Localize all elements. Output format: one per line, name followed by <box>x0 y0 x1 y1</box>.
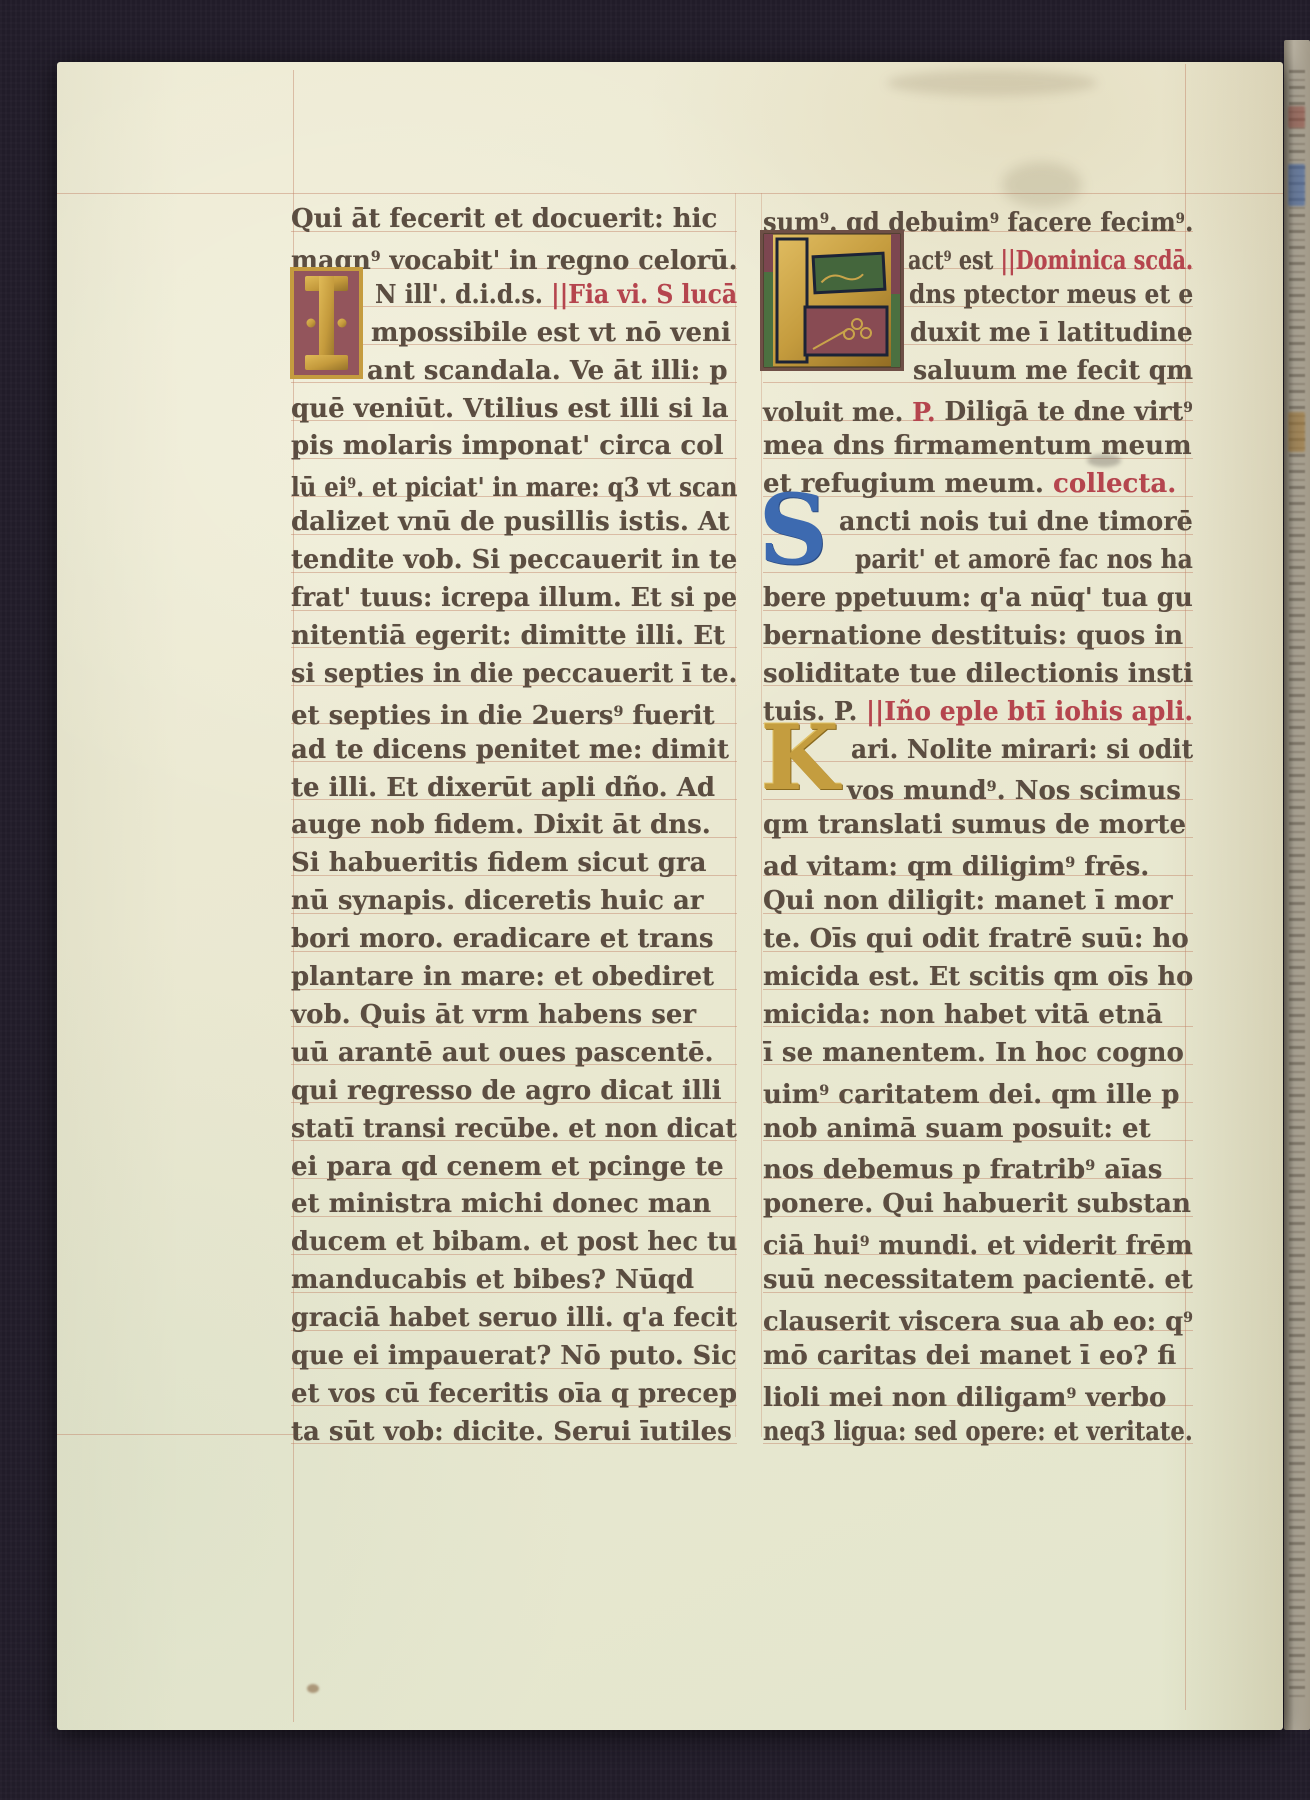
photo-backdrop: Qui āt fecerit et docuerit: hicmagn9 voc… <box>0 0 1310 1800</box>
text-line: ancti nois tui dne timorē <box>839 503 1193 541</box>
text-line: quē veniūt. Vtilius est illi si la <box>291 390 729 428</box>
text-line: ari. Nolite mirari: si odit <box>851 731 1193 769</box>
text-line: frat' tuus: icrepa illum. Et si pe <box>291 579 737 617</box>
stain <box>307 1684 319 1693</box>
illuminated-initial-s-icon: S <box>755 486 831 574</box>
text-line: qm translati sumus de morte <box>763 806 1186 844</box>
ruling-line <box>57 1434 301 1435</box>
text-line: dalizet vnū de pusillis istis. At <box>291 503 730 541</box>
text-line: bori moro. eradicare et trans <box>291 920 714 958</box>
manuscript-page: Qui āt fecerit et docuerit: hicmagn9 voc… <box>57 62 1283 1730</box>
text-line: ant scandala. Ve āt illi: p <box>367 352 728 390</box>
text-line: Si habueritis fidem sicut gra <box>291 844 706 882</box>
text-line: te. Oīs qui odit fratrē suū: ho <box>763 920 1189 958</box>
text-line: tendite vob. Si peccauerit in te <box>291 541 737 579</box>
stain <box>887 70 1097 96</box>
text-line: et septies in die 2uers9 fuerit <box>291 693 715 731</box>
text-line: voluit me. P. Diligā te dne virt9 <box>763 390 1193 428</box>
text-line: nob animā suam posuit: et <box>763 1110 1151 1148</box>
text-line: nitentiā egerit: dimitte illi. Et <box>291 617 725 655</box>
text-line: dns ptector meus et e <box>909 276 1193 314</box>
text-line: que ei impauerat? Nō puto. Sic <box>291 1337 737 1375</box>
illuminated-initial-k-icon: K <box>757 714 843 802</box>
text-line: Qui āt fecerit et docuerit: hic <box>291 200 717 238</box>
text-line: lū ei9. et piciat' in mare: q3 vt scan <box>291 465 737 503</box>
illuminated-initial-i-icon <box>290 267 363 379</box>
text-line: statī transi recūbe. et non dicat <box>291 1110 737 1148</box>
text-line: ei para qd cenem et pcinge te <box>291 1148 724 1186</box>
text-line: ducem et bibam. et post hec tu <box>291 1223 737 1261</box>
text-line: nos debemus p fratrib9 aīas <box>763 1148 1162 1186</box>
text-line: pis molaris imponat' circa col <box>291 427 723 465</box>
text-line: uū arantē aut oues pascentē. <box>291 1034 714 1072</box>
text-line: ciā hui9 mundi. et viderit frēm <box>763 1223 1193 1261</box>
text-line: saluum me fecit qm <box>913 352 1193 390</box>
text-line: suū necessitatem pacientē. et <box>763 1261 1193 1299</box>
text-line: te illi. Et dixerūt apli dño. Ad <box>291 769 715 807</box>
fore-edge-red-mark <box>1288 106 1305 128</box>
text-line: lioli mei non diligam9 verbo <box>763 1375 1166 1413</box>
text-line: ad vitam: qm diligim9 frēs. <box>763 844 1149 882</box>
ruling-line <box>57 193 1283 194</box>
text-line: qui regresso de agro dicat illi <box>291 1072 722 1110</box>
text-line: mō caritas dei manet ī eo? fi <box>763 1337 1176 1375</box>
text-line: ta sūt vob: dicite. Serui īutiles <box>291 1413 732 1451</box>
text-line: soliditate tue dilectionis insti <box>763 655 1193 693</box>
text-line: plantare in mare: et obediret <box>291 958 714 996</box>
illuminated-initial-f-icon <box>759 229 905 372</box>
initial-k-letter: K <box>761 705 839 811</box>
initial-s-letter: S <box>758 473 827 586</box>
text-line: si septies in die peccauerit ī te. <box>291 655 737 693</box>
text-line: parit' et amorē fac nos ha <box>855 541 1193 579</box>
text-line: auge nob fidem. Dixit āt dns. <box>291 806 711 844</box>
text-line: micida est. Et scitis qm oīs ho <box>763 958 1193 996</box>
fore-edge-gold-initial <box>1288 412 1305 452</box>
text-line: ī se manentem. In hoc cogno <box>763 1034 1184 1072</box>
ruling-line <box>761 193 762 1437</box>
text-line: clauserit viscera sua ab eo: q9 <box>763 1299 1193 1337</box>
fore-edge-pages <box>1284 40 1310 1730</box>
text-line: manducabis et bibes? Nūqd <box>291 1261 694 1299</box>
text-line: uim9 caritatem dei. qm ille p <box>763 1072 1179 1110</box>
text-line: duxit me ī latitudine <box>910 314 1193 352</box>
text-line: micida: non habet vitā etnā <box>763 996 1163 1034</box>
text-line: Qui non diligit: manet ī mor <box>763 882 1173 920</box>
text-line: bernatione destituis: quos in <box>763 617 1183 655</box>
text-line: act9 est ||Dominica scdā. <box>908 238 1193 276</box>
left-text-column: Qui āt fecerit et docuerit: hicmagn9 voc… <box>291 200 737 1456</box>
text-line: graciā habet seruo illi. q'a fecit <box>291 1299 737 1337</box>
right-text-column: sum9. qd debuim9 facere fecim9.act9 est … <box>763 200 1193 1456</box>
fore-edge-text-blur <box>1289 70 1305 1700</box>
fore-edge-blue-initial <box>1288 164 1305 206</box>
text-line: nū synapis. diceretis huic ar <box>291 882 704 920</box>
text-line: N ill'. d.i.d.s. ||Fia vi. S lucā <box>375 276 737 314</box>
text-line: mea dns firmamentum meum <box>763 427 1192 465</box>
text-line: vos mund9. Nos scimus <box>847 769 1181 807</box>
text-line: et ministra michi donec man <box>291 1185 711 1223</box>
text-line: ponere. Qui habuerit substan <box>763 1185 1191 1223</box>
text-line: ad te dicens penitet me: dimit <box>291 731 729 769</box>
text-line: mpossibile est vt nō veni <box>371 314 731 352</box>
text-line: neq3 ligua: sed opere: et veritate. <box>763 1413 1193 1451</box>
text-line: et vos cū feceritis oīa q precep <box>291 1375 737 1413</box>
text-line: vob. Quis āt vrm habens ser <box>291 996 696 1034</box>
